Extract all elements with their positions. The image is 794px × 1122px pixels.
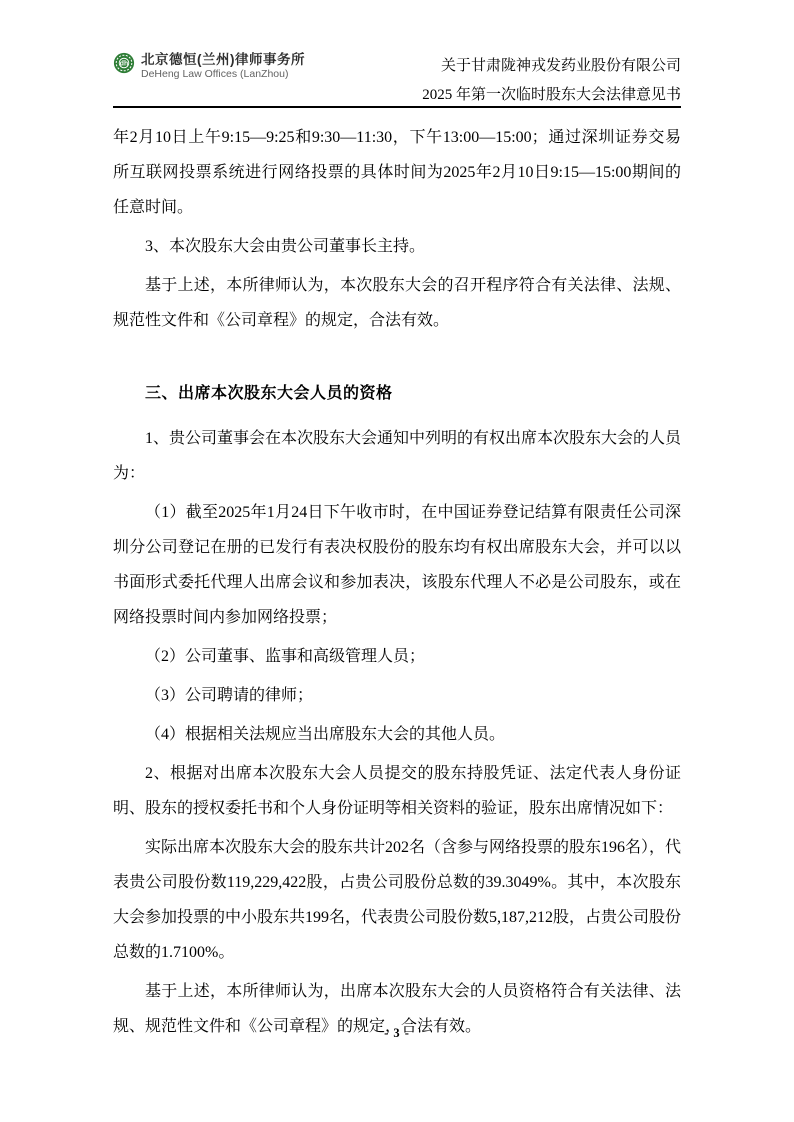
law-firm-names: 北京德恒(兰州)律师事务所 DeHeng Law Offices (LanZho… [141, 52, 305, 81]
law-firm-name-cn: 北京德恒(兰州)律师事务所 [141, 52, 305, 68]
document-title-line1: 关于甘肃陇神戎发药业股份有限公司 [422, 52, 681, 81]
paragraph: 年2月10日上午9:15—9:25和9:30—11:30，下午13:00—15:… [113, 120, 681, 225]
document-page: dh 北京德恒(兰州)律师事务所 DeHeng Law Offices (Lan… [0, 0, 794, 1122]
deheng-logo-icon: dh [113, 52, 135, 74]
law-firm-block: dh 北京德恒(兰州)律师事务所 DeHeng Law Offices (Lan… [113, 50, 305, 81]
paragraph: 1、贵公司董事会在本次股东大会通知中列明的有权出席本次股东大会的人员为： [113, 421, 681, 491]
paragraph: 基于上述，本所律师认为，本次股东大会的召开程序符合有关法律、法规、规范性文件和《… [113, 268, 681, 338]
page-number: - 3 - [0, 1026, 794, 1041]
document-title-block: 关于甘肃陇神戎发药业股份有限公司 2025 年第一次临时股东大会法律意见书 [422, 50, 681, 110]
section-heading: 三、出席本次股东大会人员的资格 [113, 376, 681, 411]
paragraph: 3、本次股东大会由贵公司董事长主持。 [113, 229, 681, 264]
document-title-line2: 2025 年第一次临时股东大会法律意见书 [422, 81, 681, 110]
paragraph: 2、根据对出席本次股东大会人员提交的股东持股凭证、法定代表人身份证明、股东的授权… [113, 756, 681, 826]
law-firm-name-en: DeHeng Law Offices (LanZhou) [141, 68, 305, 81]
page-header: dh 北京德恒(兰州)律师事务所 DeHeng Law Offices (Lan… [113, 50, 681, 108]
document-body: 年2月10日上午9:15—9:25和9:30—11:30，下午13:00—15:… [113, 120, 681, 1048]
paragraph: （2）公司董事、监事和高级管理人员； [113, 639, 681, 674]
paragraph: （4）根据相关法规应当出席股东大会的其他人员。 [113, 717, 681, 752]
paragraph: （1）截至2025年1月24日下午收市时，在中国证券登记结算有限责任公司深圳分公… [113, 495, 681, 635]
paragraph: （3）公司聘请的律师； [113, 678, 681, 713]
paragraph: 实际出席本次股东大会的股东共计202名（含参与网络投票的股东196名），代表贵公… [113, 830, 681, 970]
svg-text:dh: dh [120, 61, 128, 68]
